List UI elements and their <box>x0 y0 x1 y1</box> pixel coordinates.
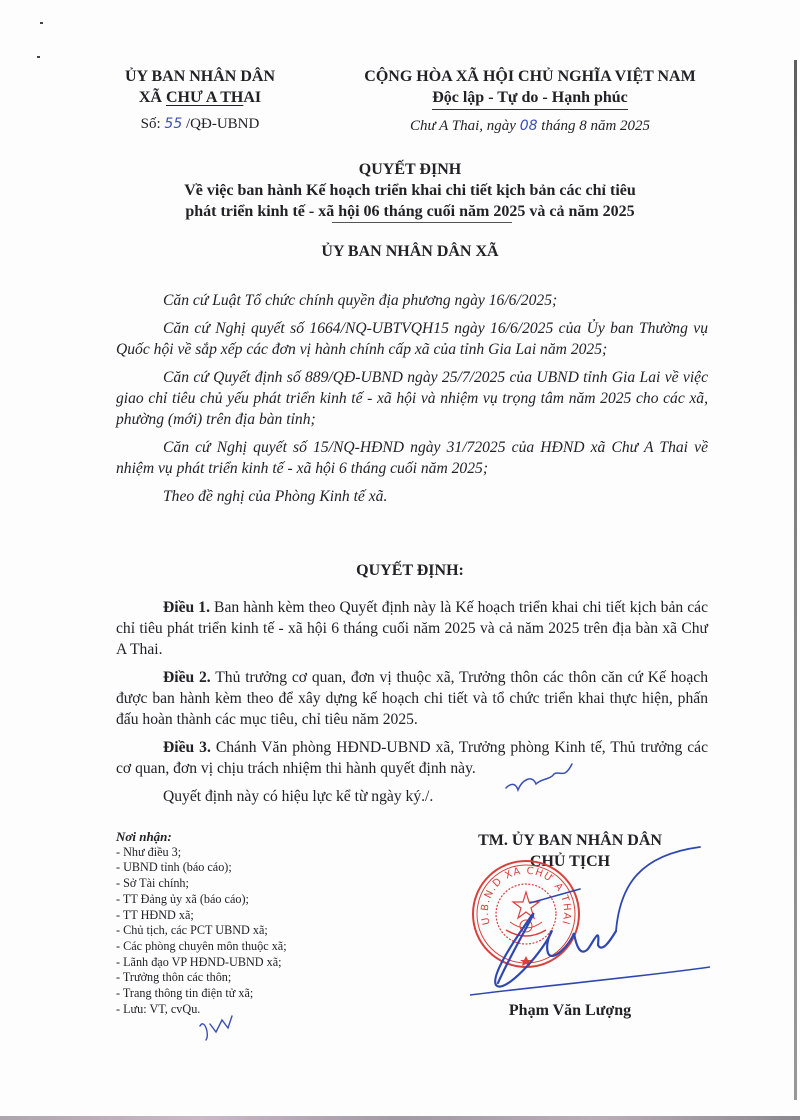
scan-speck <box>37 56 40 58</box>
articles: Điều 1. Ban hành kèm theo Quyết định này… <box>116 597 708 807</box>
agency-underlined: CHƯ A TH <box>166 89 243 106</box>
document-page: ỦY BAN NHÂN DÂN XÃ CHƯ A THAI Số: 55 /QĐ… <box>0 0 800 1120</box>
title-heading: QUYẾT ĐỊNH <box>110 160 710 180</box>
recipients-list: Nơi nhận: - Như điều 3; - UBND tỉnh (báo… <box>116 829 416 1017</box>
date-day-handwritten: 08 <box>520 118 538 134</box>
recipient-item: - Chủ tịch, các PCT UBND xã; <box>116 923 416 939</box>
basis-item: Căn cứ Quyết định số 889/QĐ-UBND ngày 25… <box>116 367 708 430</box>
decision-heading: QUYẾT ĐỊNH: <box>110 562 710 580</box>
issuer-heading: ỦY BAN NHÂN DÂN XÃ <box>110 243 710 261</box>
recipient-item: - Lãnh đạo VP HĐND-UBND xã; <box>116 955 416 971</box>
article-3: Điều 3. Chánh Văn phòng HĐND-UBND xã, Tr… <box>116 737 708 779</box>
signer-name: Phạm Văn Lượng <box>440 1002 700 1020</box>
basis-item: Theo đề nghị của Phòng Kinh tế xã. <box>116 486 708 507</box>
date-suffix: tháng 8 năm 2025 <box>538 118 651 134</box>
nation-name: CỘNG HÒA XÃ HỘI CHỦ NGHĨA VIỆT NAM <box>310 66 750 87</box>
article-label: Điều 1. <box>163 599 210 616</box>
subject-line-2: phát triển kinh tế - xã hội 06 tháng cuố… <box>110 201 710 222</box>
recipient-item: - Trang thông tin điện tử xã; <box>116 986 416 1002</box>
issue-date: Chư A Thai, ngày 08 tháng 8 năm 2025 <box>310 116 750 136</box>
effective-clause: Quyết định này có hiệu lực kể từ ngày ký… <box>116 786 708 807</box>
recipient-item: - Như điều 3; <box>116 845 416 861</box>
agency-suffix: AI <box>243 89 261 106</box>
recipients-heading: Nơi nhận: <box>116 829 416 845</box>
agency-name-line2: XÃ CHƯ A THAI <box>100 87 300 108</box>
basis-item: Căn cứ Nghị quyết số 15/NQ-HĐND ngày 31/… <box>116 437 708 479</box>
recipient-item: - Trưởng thôn các thôn; <box>116 970 416 986</box>
recipient-item: - TT Đảng ủy xã (báo cáo); <box>116 892 416 908</box>
doc-number-handwritten: 55 <box>164 116 182 132</box>
article-2: Điều 2. Thủ trưởng cơ quan, đơn vị thuộc… <box>116 667 708 730</box>
basis-item: Căn cứ Nghị quyết số 1664/NQ-UBTVQH15 ng… <box>116 318 708 360</box>
article-1: Điều 1. Ban hành kèm theo Quyết định này… <box>116 597 708 660</box>
motto-wrap: Độc lập - Tự do - Hạnh phúc <box>310 87 750 110</box>
doc-number-prefix: Số: <box>141 116 165 132</box>
scan-speck <box>40 22 43 24</box>
handwritten-signature-icon <box>470 845 710 1005</box>
basis-item: Căn cứ Luật Tổ chức chính quyền địa phươ… <box>116 290 708 311</box>
doc-number-suffix: /QĐ-UBND <box>182 116 259 132</box>
legal-basis: Căn cứ Luật Tổ chức chính quyền địa phươ… <box>116 290 708 507</box>
national-motto: Độc lập - Tự do - Hạnh phúc <box>432 87 628 110</box>
recipient-item: - Sở Tài chính; <box>116 876 416 892</box>
recipient-item: - UBND tỉnh (báo cáo); <box>116 860 416 876</box>
recipient-item: - Các phòng chuyên môn thuộc xã; <box>116 939 416 955</box>
agency-header: ỦY BAN NHÂN DÂN XÃ CHƯ A THAI Số: 55 /QĐ… <box>100 66 300 134</box>
article-label: Điều 2. <box>163 669 211 686</box>
national-header: CỘNG HÒA XÃ HỘI CHỦ NGHĨA VIỆT NAM Độc l… <box>310 66 750 136</box>
article-label: Điều 3. <box>163 739 211 756</box>
recipient-item: - TT HĐND xã; <box>116 908 416 924</box>
scan-edge-bottom <box>0 1116 800 1120</box>
scan-edge-right <box>794 60 797 1100</box>
agency-name-line1: ỦY BAN NHÂN DÂN <box>100 66 300 87</box>
document-title: QUYẾT ĐỊNH Về việc ban hành Kế hoạch tri… <box>110 160 710 222</box>
date-prefix: Chư A Thai, ngày <box>410 118 520 134</box>
subject-line-1: Về việc ban hành Kế hoạch triển khai chi… <box>110 180 710 201</box>
agency-prefix: XÃ <box>139 89 166 106</box>
recipient-item: - Lưu: VT, cvQu. <box>116 1002 416 1018</box>
document-number: Số: 55 /QĐ-UBND <box>100 114 300 134</box>
initials-mark-icon <box>196 1012 236 1042</box>
title-underline <box>332 222 512 223</box>
initials-mark-icon <box>502 760 582 794</box>
